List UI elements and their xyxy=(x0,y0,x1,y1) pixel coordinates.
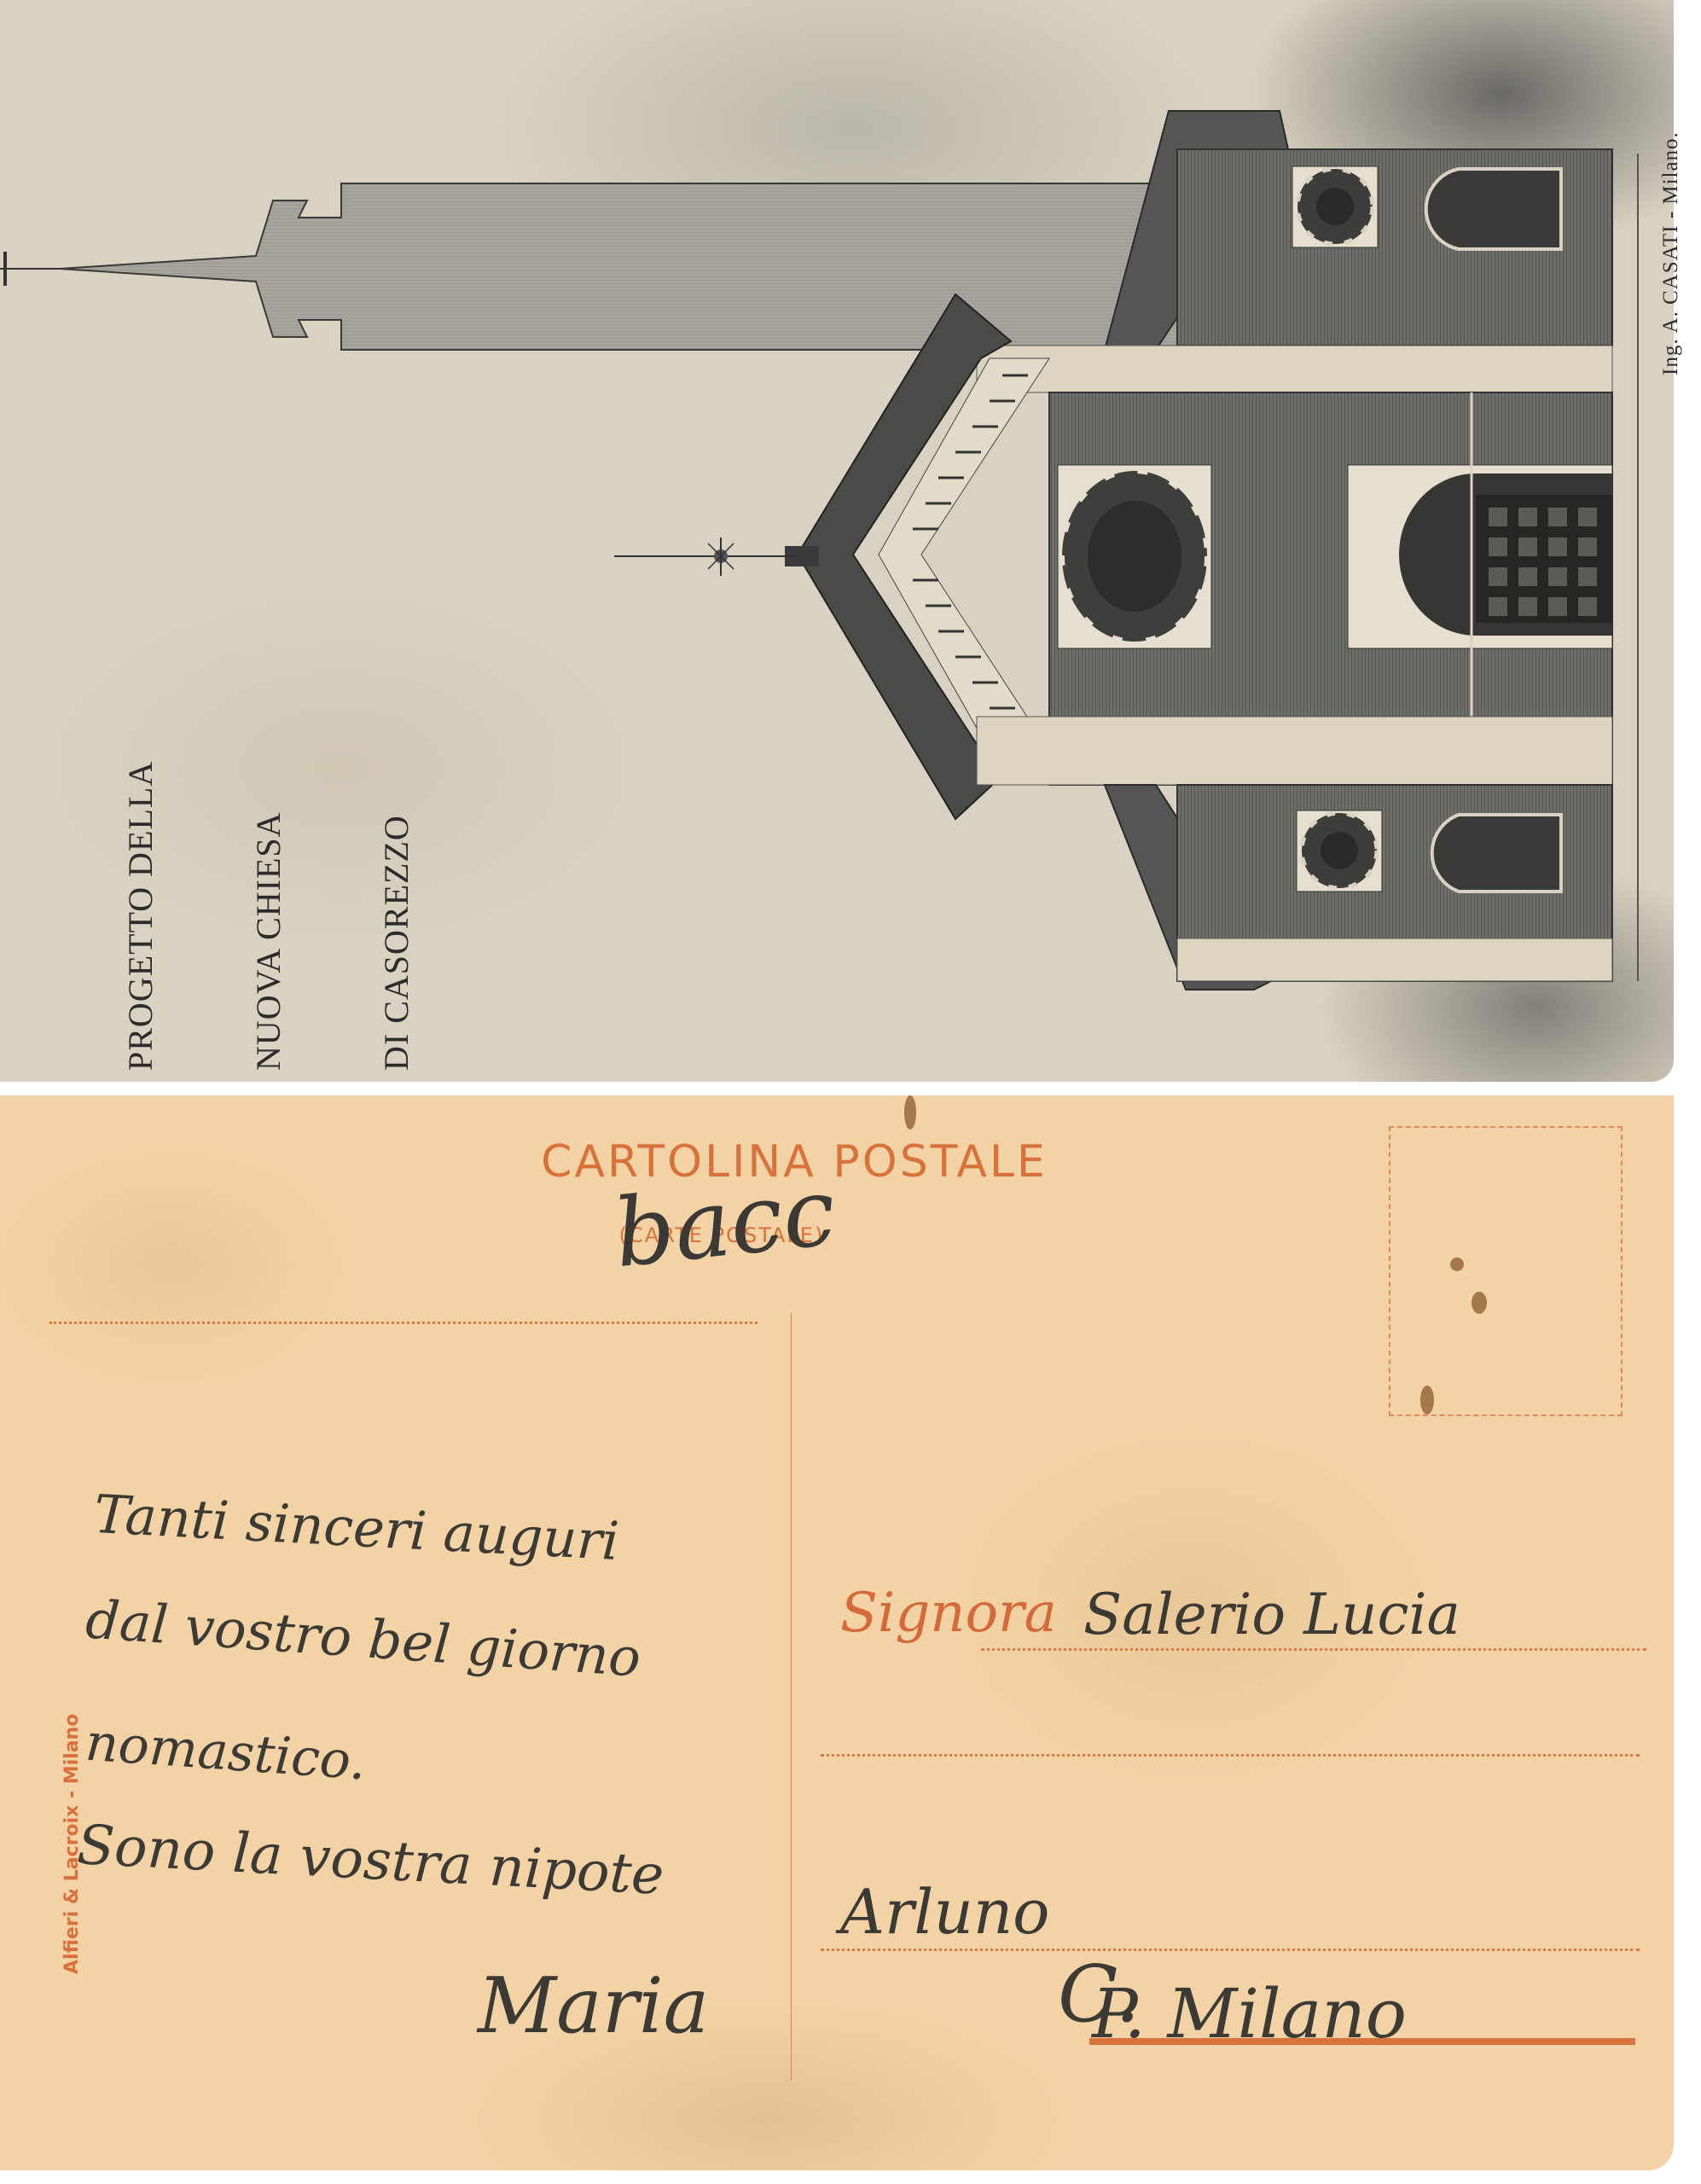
message-line: Tanti sinceri auguri xyxy=(93,1483,621,1572)
address-prefix: Signora xyxy=(840,1582,1057,1645)
stamp-box xyxy=(1389,1126,1623,1416)
front-title: PROGETTO DELLA NUOVA CHIESA DI CASOREZZO xyxy=(34,678,503,1071)
address-name: Salerio Lucia xyxy=(1083,1582,1460,1647)
dotted-line xyxy=(49,1321,758,1324)
address-underline xyxy=(1089,2038,1635,2045)
message-line: dal vostro bel giorno xyxy=(84,1588,642,1688)
front-title-line: PROGETTO DELLA xyxy=(119,678,162,1071)
message-line: nomastico. xyxy=(84,1713,368,1792)
front-title-line: NUOVA CHIESA xyxy=(247,678,290,1071)
postcard-front: PROGETTO DELLA NUOVA CHIESA DI CASOREZZO… xyxy=(0,0,1674,1082)
postcard-back: CARTOLINA POSTALE (CARTE POSTALE) bacc A… xyxy=(0,1095,1674,2170)
front-title-line: DI CASOREZZO xyxy=(375,678,418,1071)
handwritten-overwrite: bacc xyxy=(609,1157,840,1288)
address-line xyxy=(981,1648,1646,1651)
message-line: Sono la vostra nipote xyxy=(76,1814,665,1908)
stain xyxy=(904,1095,916,1130)
signature: Maria xyxy=(478,1961,709,2051)
address-line xyxy=(821,1949,1640,1951)
engineer-credit: Ing. A. CASATI - Milano. xyxy=(1659,131,1683,375)
card-divider xyxy=(791,1313,792,2081)
address-town: Arluno xyxy=(840,1876,1050,1948)
address-line xyxy=(821,1754,1640,1757)
